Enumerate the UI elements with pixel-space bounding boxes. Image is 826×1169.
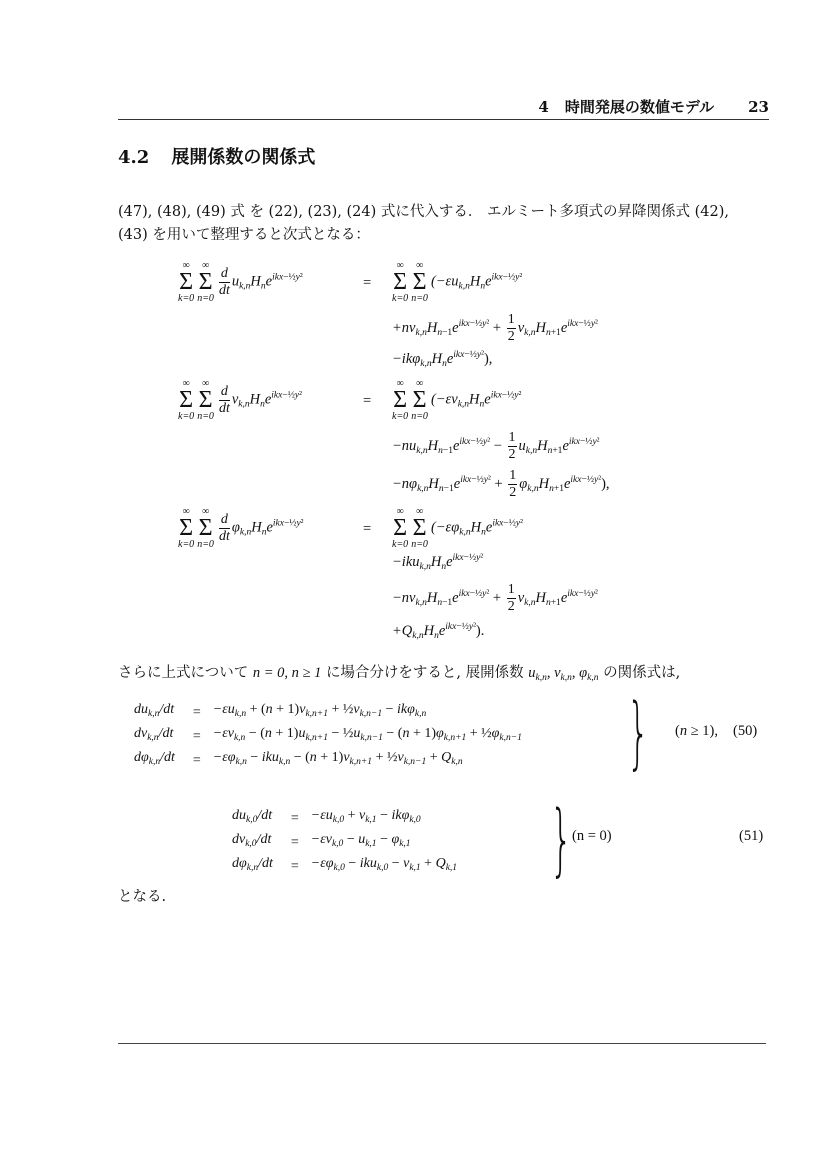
closing-text: となる. — [118, 886, 773, 909]
equation-number-51: (51) — [739, 828, 763, 845]
footer-rule — [118, 1043, 766, 1044]
system-51-row: dφk,n/dt= −εφk,0 − ikuk,0 − vk,1 + Qk,1 — [232, 854, 463, 878]
section-heading: 4.2展開係数の関係式 — [118, 143, 315, 169]
equation-v-rhs-line-3: −nφk,nHn−1eikx−½y² + 12φk,nHn+1eikx−½y²)… — [392, 468, 610, 501]
running-header: 4時間発展の数値モデル23 — [538, 96, 769, 117]
system-51-row: dvk,0/dt= −εvk,0 − uk,1 − φk,1 — [232, 830, 463, 854]
equation-u-rhs-line-1: ∞Σk=0∞Σn=0(−εuk,nHneikx−½y² — [392, 260, 522, 304]
equation-number-50: (50) — [733, 723, 757, 740]
sum-symbol: ∞Σk=0 — [178, 260, 194, 304]
equation-phi-rhs-line-1: ∞Σk=0∞Σn=0(−εφk,nHneikx−½y² — [392, 506, 523, 550]
equation-phi-lhs: ∞Σk=0∞Σn=0ddtφk,nHneikx−½y² — [178, 506, 304, 550]
condition-50: (n ≥ 1), — [675, 723, 718, 740]
system-50-row: duk,n/dt= −εuk,n + (n + 1)vk,n+1 + ½vk,n… — [134, 700, 528, 724]
case-sentence: さらに上式について n = 0, n ≥ 1 に場合分けをすると, 展開係数 u… — [118, 662, 773, 690]
system-51-table: duk,0/dt= −εuk,0 + vk,1 − ikφk,0 dvk,0/d… — [232, 806, 463, 878]
section-title: 展開係数の関係式 — [171, 147, 315, 168]
equation-v-rhs-line-2: −nuk,nHn−1eikx−½y² − 12uk,nHn+1eikx−½y² — [392, 430, 600, 463]
equation-u-lhs: ∞Σk=0∞Σn=0ddtuk,nHneikx−½y² — [178, 260, 303, 304]
system-50-row: dvk,n/dt= −εvk,n − (n + 1)uk,n+1 − ½uk,n… — [134, 724, 528, 748]
derivative-fraction: ddt — [219, 266, 230, 299]
page-number: 23 — [748, 98, 769, 116]
equals-sign: = — [363, 521, 371, 538]
header-rule — [118, 119, 769, 120]
system-50-table: duk,n/dt= −εuk,n + (n + 1)vk,n+1 + ½vk,n… — [134, 700, 528, 772]
intro-paragraph: (47), (48), (49) 式 を (22), (23), (24) 式に… — [118, 201, 773, 247]
equation-phi-rhs-line-3: −nvk,nHn−1eikx−½y² + 12vk,nHn+1eikx−½y² — [392, 582, 598, 615]
system-50-row: dφk,n/dt= −εφk,n − ikuk,n − (n + 1)vk,n+… — [134, 748, 528, 772]
equation-system-51: duk,0/dt= −εuk,0 + vk,1 − ikφk,0 dvk,0/d… — [232, 806, 463, 878]
equation-phi-rhs-line-4: +Qk,nHneikx−½y²). — [392, 622, 484, 641]
case-condition-math: n = 0, n ≥ 1 — [253, 665, 322, 681]
right-brace-51: } — [550, 795, 572, 885]
equation-u-rhs-line-2: +nvk,nHn−1eikx−½y² + 12vk,nHn+1eikx−½y² — [392, 312, 598, 345]
right-brace-50: } — [627, 688, 649, 778]
chapter-title: 時間発展の数値モデル — [565, 98, 714, 116]
intro-line-2: (43) を用いて整理すると次式となる： — [118, 224, 773, 247]
equation-system-50: duk,n/dt= −εuk,n + (n + 1)vk,n+1 + ½vk,n… — [134, 700, 528, 772]
sum-symbol: ∞Σn=0 — [197, 260, 214, 304]
condition-51: (n = 0) — [572, 828, 612, 845]
equals-sign: = — [363, 275, 371, 292]
chapter-number: 4 — [538, 98, 548, 116]
equation-v-rhs-line-1: ∞Σk=0∞Σn=0(−εvk,nHneikx−½y² — [392, 378, 521, 422]
equation-u-rhs-line-3: −ikφk,nHneikx−½y²), — [392, 350, 492, 369]
equation-v-lhs: ∞Σk=0∞Σn=0ddtvk,nHneikx−½y² — [178, 378, 302, 422]
system-51-row: duk,0/dt= −εuk,0 + vk,1 − ikφk,0 — [232, 806, 463, 830]
equals-sign: = — [363, 393, 371, 410]
intro-line-1: (47), (48), (49) 式 を (22), (23), (24) 式に… — [118, 201, 773, 224]
equation-phi-rhs-line-2: −ikuk,nHneikx−½y² — [392, 553, 483, 572]
section-number: 4.2 — [118, 147, 149, 168]
